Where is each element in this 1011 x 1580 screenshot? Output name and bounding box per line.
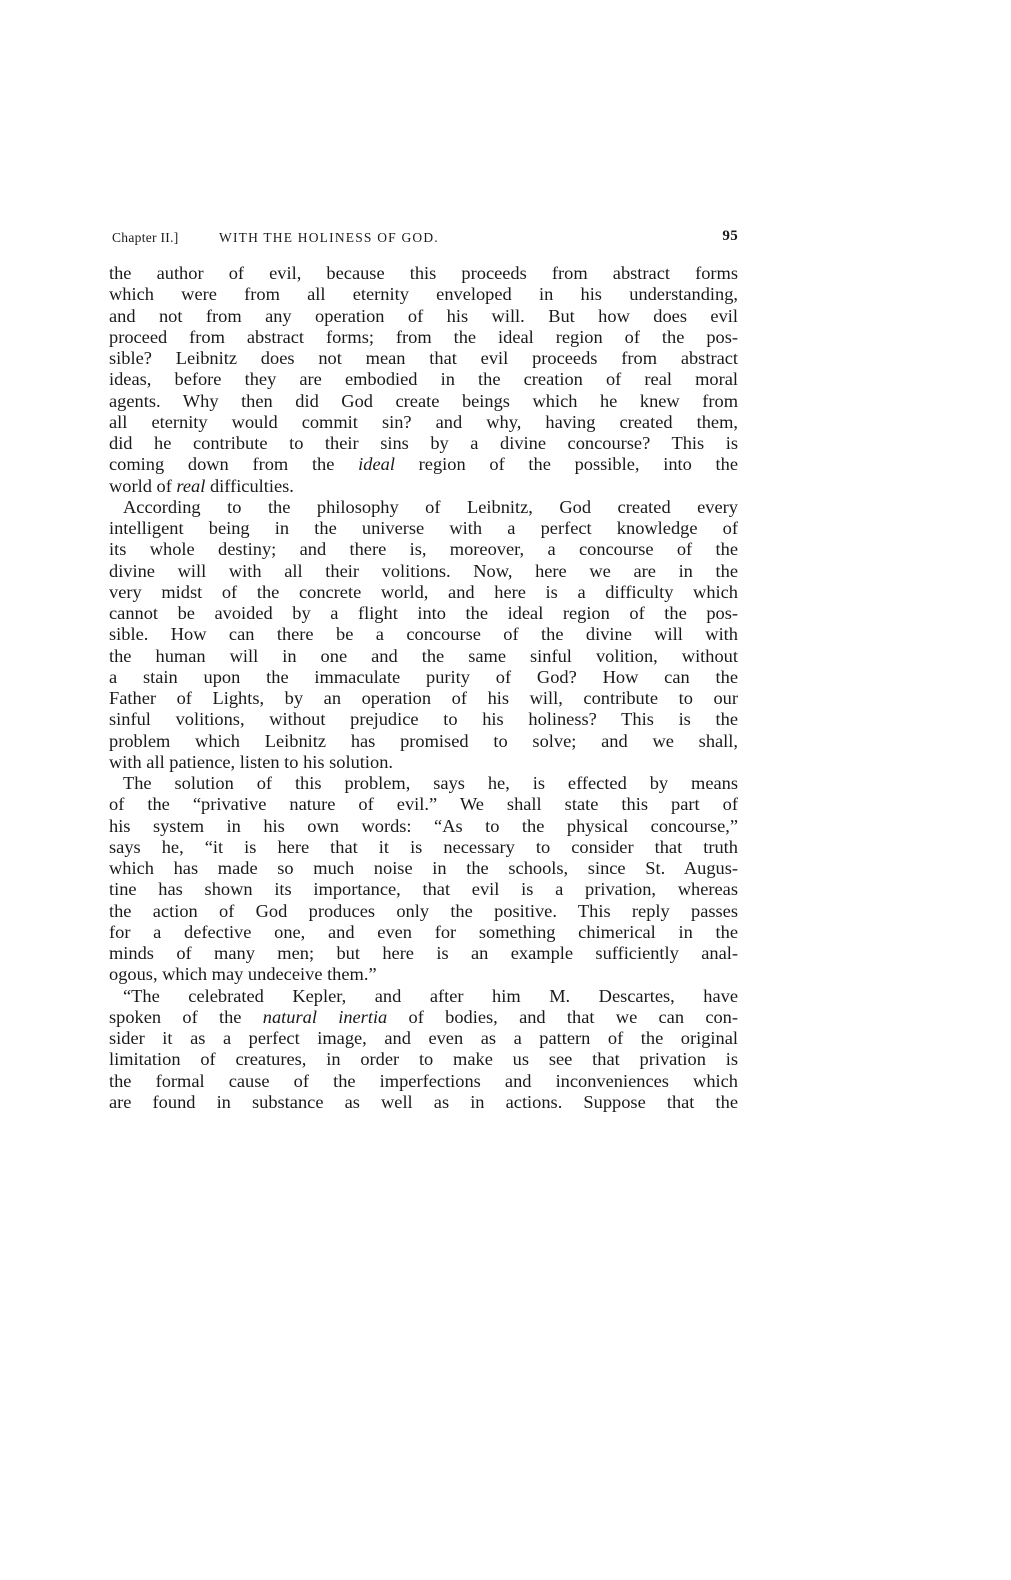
text-line: Father of Lights, by an operation of his… (109, 688, 738, 709)
text-line: proceed from abstract forms; from the id… (109, 327, 738, 348)
italic-emphasis: ideal (358, 454, 395, 474)
text-line: limitation of creatures, in order to mak… (109, 1049, 738, 1070)
italic-emphasis: natural inertia (263, 1007, 388, 1027)
text-line: which has made so much noise in the scho… (109, 858, 738, 879)
text-line: for a defective one, and even for someth… (109, 922, 738, 943)
text-line: cannot be avoided by a flight into the i… (109, 603, 738, 624)
text-line: minds of many men; but here is an exampl… (109, 943, 738, 964)
text-line: which were from all eternity enveloped i… (109, 284, 738, 305)
text-line: sinful volitions, without prejudice to h… (109, 709, 738, 730)
page-number: 95 (722, 228, 738, 245)
text-line: tine has shown its importance, that evil… (109, 879, 738, 900)
text-line: divine will with all their volitions. No… (109, 561, 738, 582)
text-line: world of real difficulties. (109, 476, 738, 497)
text-line: the author of evil, because this proceed… (109, 263, 738, 284)
text-line: According to the philosophy of Leibnitz,… (109, 497, 738, 518)
text-line: sible? Leibnitz does not mean that evil … (109, 348, 738, 369)
text-line: ogous, which may undeceive them.” (109, 964, 738, 985)
text-line: did he contribute to their sins by a div… (109, 433, 738, 454)
text-line: the formal cause of the imperfections an… (109, 1071, 738, 1092)
text-line: sible. How can there be a concourse of t… (109, 624, 738, 645)
text-line: sider it as a perfect image, and even as… (109, 1028, 738, 1049)
italic-emphasis: real (176, 476, 205, 496)
text-line: problem which Leibnitz has promised to s… (109, 731, 738, 752)
text-line: very midst of the concrete world, and he… (109, 582, 738, 603)
text-line: the human will in one and the same sinfu… (109, 646, 738, 667)
text-line: its whole destiny; and there is, moreove… (109, 539, 738, 560)
text-line: a stain upon the immaculate purity of Go… (109, 667, 738, 688)
running-head: Chapter II.] WITH THE HOLINESS OF GOD. 9… (109, 226, 738, 252)
text-line: all eternity would commit sin? and why, … (109, 412, 738, 433)
text-line: of the “privative nature of evil.” We sh… (109, 794, 738, 815)
text-line: The solution of this problem, says he, i… (109, 773, 738, 794)
text-line: the action of God produces only the posi… (109, 901, 738, 922)
running-title: WITH THE HOLINESS OF GOD. (219, 230, 439, 246)
body-text: the author of evil, because this proceed… (109, 263, 738, 1113)
book-page: Chapter II.] WITH THE HOLINESS OF GOD. 9… (109, 226, 738, 1113)
text-line: intelligent being in the universe with a… (109, 518, 738, 539)
text-line: and not from any operation of his will. … (109, 306, 738, 327)
text-line: says he, “it is here that it is necessar… (109, 837, 738, 858)
text-line: are found in substance as well as in act… (109, 1092, 738, 1113)
text-line: coming down from the ideal region of the… (109, 454, 738, 475)
text-line: agents. Why then did God create beings w… (109, 391, 738, 412)
text-line: his system in his own words: “As to the … (109, 816, 738, 837)
text-line: spoken of the natural inertia of bodies,… (109, 1007, 738, 1028)
text-line: ideas, before they are embodied in the c… (109, 369, 738, 390)
text-line: “The celebrated Kepler, and after him M.… (109, 986, 738, 1007)
text-line: with all patience, listen to his solutio… (109, 752, 738, 773)
chapter-label: Chapter II.] (112, 230, 179, 246)
